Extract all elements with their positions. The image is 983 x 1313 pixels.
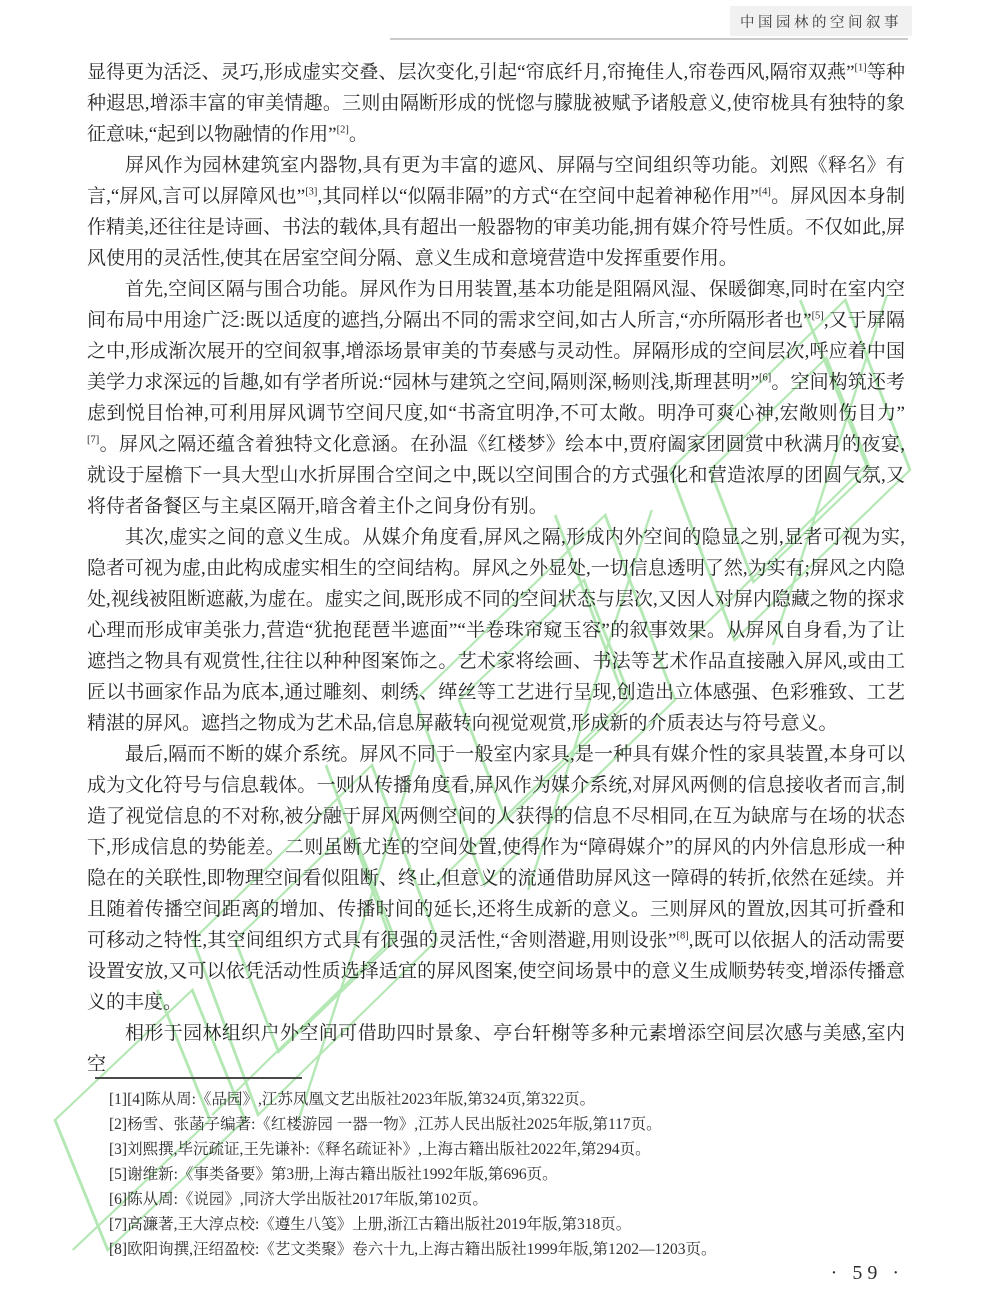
footnote-ref: [2] [337,125,349,136]
footnote-item: [5]谢维新:《事类备要》第3册,上海古籍出版社1992年版,第696页。 [87,1162,905,1187]
footnote-item: [1][4]陈从周:《品园》,江苏凤凰文艺出版社2023年版,第324页,第32… [87,1087,905,1112]
header-rule [390,38,908,40]
footnote-ref: [1] [855,63,867,74]
paragraph: 相形于园林组织户外空间可借助四时景象、亭台轩榭等多种元素增添空间层次感与美感,室… [87,1018,905,1080]
paragraph: 显得更为活泛、灵巧,形成虚实交叠、层次变化,引起“帘底纤月,帘掩佳人,帘卷西风,… [87,57,905,150]
footnote-ref: [3] [305,187,317,198]
running-head-title: 中国园林的空间叙事 [740,11,902,32]
paragraph: 其次,虚实之间的意义生成。从媒介角度看,屏风之隔,形成内外空间的隐显之别,显者可… [87,522,905,739]
footnotes: [1][4]陈从周:《品园》,江苏凤凰文艺出版社2023年版,第324页,第32… [87,1087,905,1262]
footnote-item: [8]欧阳询撰,汪绍盈校:《艺文类聚》卷六十九,上海古籍出版社1999年版,第1… [87,1237,905,1262]
footnote-ref: [5] [812,311,824,322]
footnote-item: [3]刘熙撰,毕沅疏证,王先谦补:《释名疏证补》,上海古籍出版社2022年,第2… [87,1137,905,1162]
paragraph: 首先,空间区隔与围合功能。屏风作为日用装置,基本功能是阻隔风湿、保暖御寒,同时在… [87,274,905,522]
footnote-ref: [6] [759,373,771,384]
paragraph: 最后,隔而不断的媒介系统。屏风不同于一般室内家具,是一种具有媒介性的家具装置,本… [87,739,905,1018]
footnote-ref: [8] [676,931,688,942]
paragraph: 屏风作为园林建筑室内器物,具有更为丰富的遮风、屏隔与空间组织等功能。刘熙《释名》… [87,150,905,274]
article-body: 显得更为活泛、灵巧,形成虚实交叠、层次变化,引起“帘底纤月,帘掩佳人,帘卷西风,… [87,57,905,1080]
footnote-ref: [7] [87,435,99,446]
page-number: · 59 · [831,1262,904,1285]
running-head: 中国园林的空间叙事 [730,6,912,36]
footnote-item: [2]杨雪、张菡子编著:《红楼游园 一器一物》,江苏人民出版社2025年版,第1… [87,1112,905,1137]
footnote-item: [6]陈从周:《说园》,同济大学出版社2017年版,第102页。 [87,1187,905,1212]
book-page: 中国园林的空间叙事 显得更为活泛、灵巧,形成虚实交叠、层次变化,引起“帘底纤月,… [0,0,983,1313]
footnote-ref: [4] [759,187,771,198]
footnote-separator [95,1077,302,1079]
footnote-item: [7]高濂著,王大淳点校:《遵生八笺》上册,浙江古籍出版社2019年版,第318… [87,1212,905,1237]
